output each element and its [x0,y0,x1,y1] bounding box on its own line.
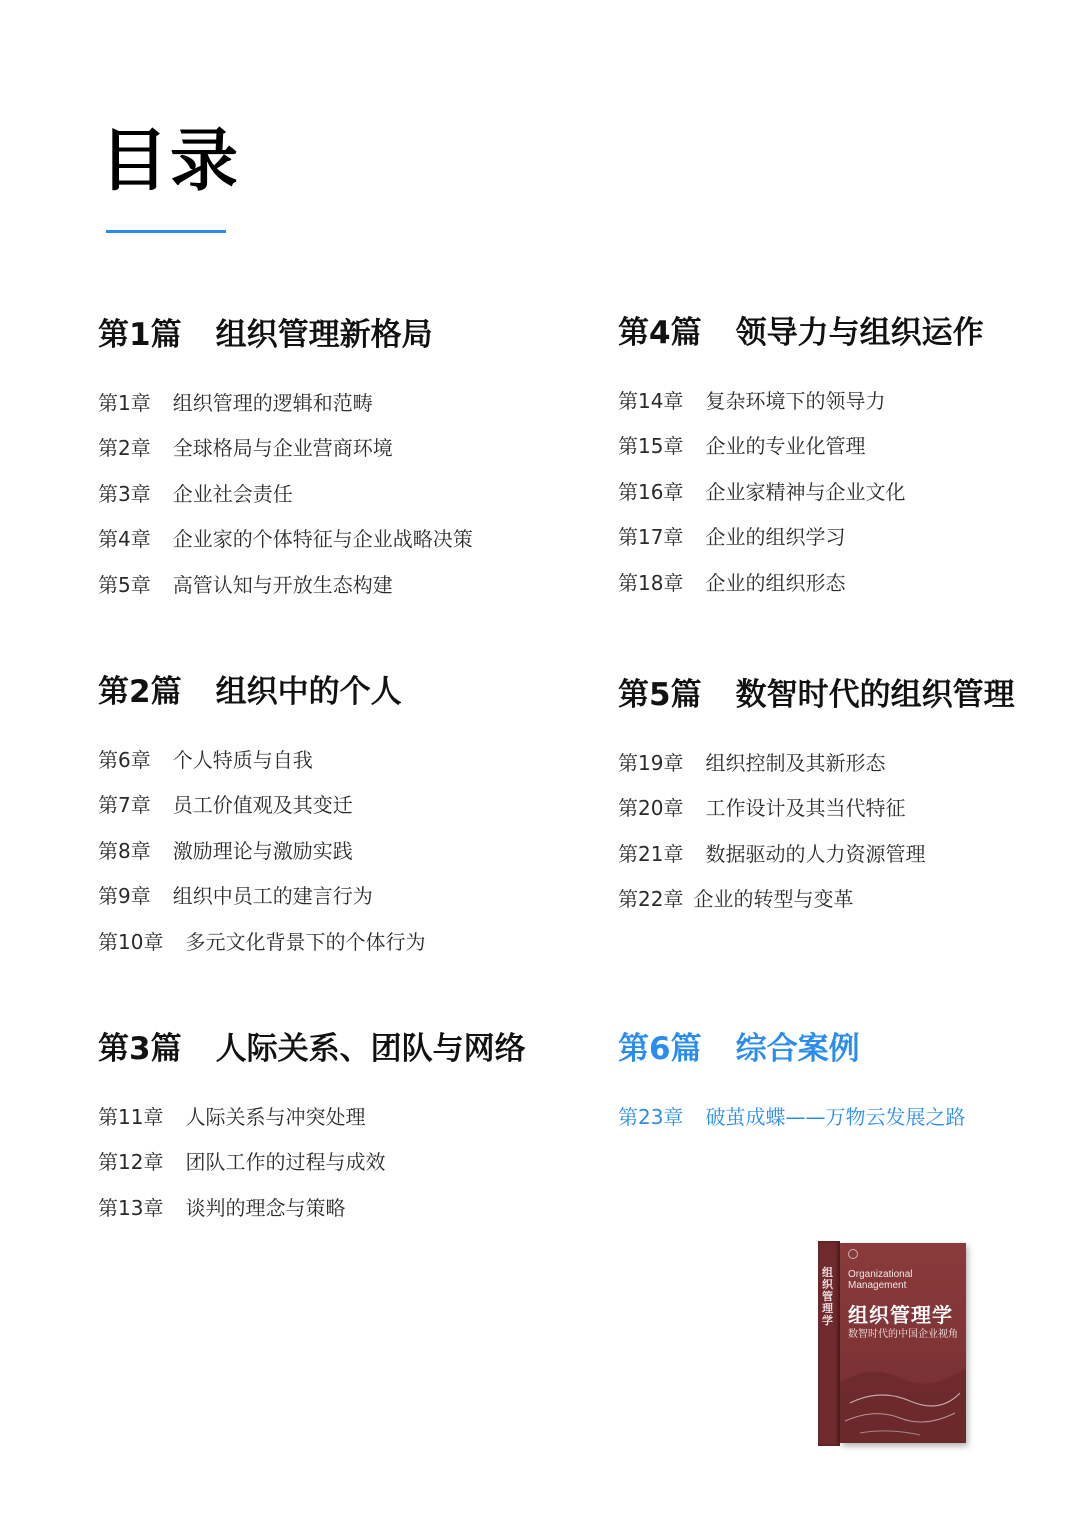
chapter-title: 全球格局与企业营商环境 [173,436,393,460]
part-heading: 第6篇综合案例 [618,1034,965,1065]
part-name: 组织管理新格局 [216,317,433,353]
chapter-item[interactable]: 第8章激励理论与激励实践 [98,829,425,874]
chapter-number: 第17章 [618,515,683,560]
chapter-number: 第6章 [98,738,151,783]
chapter-item[interactable]: 第2章全球格局与企业营商环境 [98,426,473,471]
chapter-item[interactable]: 第15章企业的专业化管理 [618,424,984,469]
chapter-item[interactable]: 第12章团队工作的过程与成效 [98,1140,526,1185]
chapter-title: 组织中员工的建言行为 [173,884,373,908]
chapter-item[interactable]: 第3章企业社会责任 [98,472,473,517]
chapter-title: 高管认知与开放生态构建 [173,573,393,597]
book-title-cn: 组织管理学 [848,1299,953,1328]
chapter-title: 企业的组织形态 [705,571,845,595]
chapter-number: 第1章 [98,381,151,426]
chapter-title: 谈判的理念与策略 [185,1196,345,1220]
chapter-title: 企业社会责任 [173,482,293,506]
chapter-title: 复杂环境下的领导力 [705,389,885,413]
part-heading: 第5篇数智时代的组织管理 [618,680,1015,711]
chapter-item[interactable]: 第10章多元文化背景下的个体行为 [98,920,425,965]
book-spine: 组织管理学 [818,1241,840,1446]
chapter-title: 团队工作的过程与成效 [185,1150,385,1174]
part-number: 第5篇 [618,680,702,711]
chapter-item[interactable]: 第9章组织中员工的建言行为 [98,874,425,919]
chapter-title: 破茧成蝶——万物云发展之路 [705,1105,965,1129]
chapter-number: 第14章 [618,379,683,424]
chapter-item[interactable]: 第22章企业的转型与变革 [618,877,1015,922]
book-title-en-line1: Organizational [848,1269,912,1280]
chapter-number: 第8章 [98,829,151,874]
part-heading: 第4篇领导力与组织运作 [618,318,984,349]
chapter-number: 第5章 [98,563,151,608]
chapter-item[interactable]: 第1章组织管理的逻辑和范畴 [98,381,473,426]
part-name: 综合案例 [736,1031,860,1067]
part-1: 第1篇组织管理新格局 第1章组织管理的逻辑和范畴 第2章全球格局与企业营商环境 … [98,320,473,608]
chapter-number: 第18章 [618,561,683,606]
chapter-item[interactable]: 第5章高管认知与开放生态构建 [98,563,473,608]
chapter-item[interactable]: 第4章企业家的个体特征与企业战略决策 [98,517,473,562]
chapter-item[interactable]: 第21章数据驱动的人力资源管理 [618,832,1015,877]
chapter-title: 激励理论与激励实践 [173,839,353,863]
chapter-title: 企业的组织学习 [705,525,845,549]
chapter-number: 第13章 [98,1186,163,1231]
part-heading: 第1篇组织管理新格局 [98,320,473,351]
chapter-title: 多元文化背景下的个体行为 [185,930,425,954]
publisher-logo-icon [848,1249,858,1259]
chapter-item[interactable]: 第6章个人特质与自我 [98,738,425,783]
book-subtitle-cn: 数智时代的中国企业视角 [848,1325,958,1340]
part-5: 第5篇数智时代的组织管理 第19章组织控制及其新形态 第20章工作设计及其当代特… [618,680,1015,923]
chapter-item[interactable]: 第11章人际关系与冲突处理 [98,1095,526,1140]
chapter-title: 组织控制及其新形态 [705,751,885,775]
book-title-en: Organizational Management [848,1269,912,1291]
part-3: 第3篇人际关系、团队与网络 第11章人际关系与冲突处理 第12章团队工作的过程与… [98,1034,526,1231]
chapter-item[interactable]: 第18章企业的组织形态 [618,561,984,606]
chapter-number: 第11章 [98,1095,163,1140]
part-heading: 第2篇组织中的个人 [98,677,425,708]
chapter-number: 第21章 [618,832,683,877]
book-front: Organizational Management 组织管理学 数智时代的中国企… [840,1243,966,1443]
chapter-title: 数据驱动的人力资源管理 [705,842,925,866]
chapter-title: 组织管理的逻辑和范畴 [173,391,373,415]
chapter-number: 第16章 [618,470,683,515]
chapter-title: 工作设计及其当代特征 [705,796,905,820]
chapter-number: 第9章 [98,874,151,919]
part-name: 领导力与组织运作 [736,315,984,351]
chapter-item[interactable]: 第16章企业家精神与企业文化 [618,470,984,515]
chapter-item[interactable]: 第14章复杂环境下的领导力 [618,379,984,424]
landscape-illustration-icon [840,1343,966,1443]
part-name: 组织中的个人 [216,674,402,710]
part-name: 人际关系、团队与网络 [216,1031,526,1067]
chapter-number: 第2章 [98,426,151,471]
chapter-number: 第23章 [618,1095,683,1140]
chapter-title: 企业的转型与变革 [693,887,853,911]
chapter-number: 第4章 [98,517,151,562]
chapter-number: 第10章 [98,920,163,965]
book-title-en-line2: Management [848,1280,912,1291]
chapter-number: 第20章 [618,786,683,831]
book-spine-title: 组织管理学 [822,1267,836,1327]
chapter-item[interactable]: 第7章员工价值观及其变迁 [98,783,425,828]
chapter-number: 第7章 [98,783,151,828]
chapter-title: 企业家精神与企业文化 [705,480,905,504]
chapter-item[interactable]: 第17章企业的组织学习 [618,515,984,560]
part-2: 第2篇组织中的个人 第6章个人特质与自我 第7章员工价值观及其变迁 第8章激励理… [98,677,425,965]
book-cover-image: 组织管理学 Organizational Management 组织管理学 数智… [818,1241,966,1446]
title-underline [106,230,226,233]
chapter-item[interactable]: 第23章破茧成蝶——万物云发展之路 [618,1095,965,1140]
part-heading: 第3篇人际关系、团队与网络 [98,1034,526,1065]
part-6: 第6篇综合案例 第23章破茧成蝶——万物云发展之路 [618,1034,965,1140]
part-number: 第4篇 [618,318,702,349]
chapter-item[interactable]: 第19章组织控制及其新形态 [618,741,1015,786]
chapter-number: 第12章 [98,1140,163,1185]
part-number: 第6篇 [618,1034,702,1065]
chapter-title: 员工价值观及其变迁 [173,793,353,817]
chapter-title: 企业的专业化管理 [705,434,865,458]
chapter-number: 第15章 [618,424,683,469]
part-number: 第2篇 [98,677,182,708]
part-4: 第4篇领导力与组织运作 第14章复杂环境下的领导力 第15章企业的专业化管理 第… [618,318,984,606]
chapter-item[interactable]: 第20章工作设计及其当代特征 [618,786,1015,831]
chapter-number: 第19章 [618,741,683,786]
part-number: 第1篇 [98,320,182,351]
chapter-title: 人际关系与冲突处理 [185,1105,365,1129]
part-name: 数智时代的组织管理 [736,677,1015,713]
chapter-number: 第22章 [618,877,683,922]
chapter-item[interactable]: 第13章谈判的理念与策略 [98,1186,526,1231]
chapter-title: 个人特质与自我 [173,748,313,772]
chapter-number: 第3章 [98,472,151,517]
page-title: 目录 [100,128,240,196]
part-number: 第3篇 [98,1034,182,1065]
chapter-title: 企业家的个体特征与企业战略决策 [173,527,473,551]
